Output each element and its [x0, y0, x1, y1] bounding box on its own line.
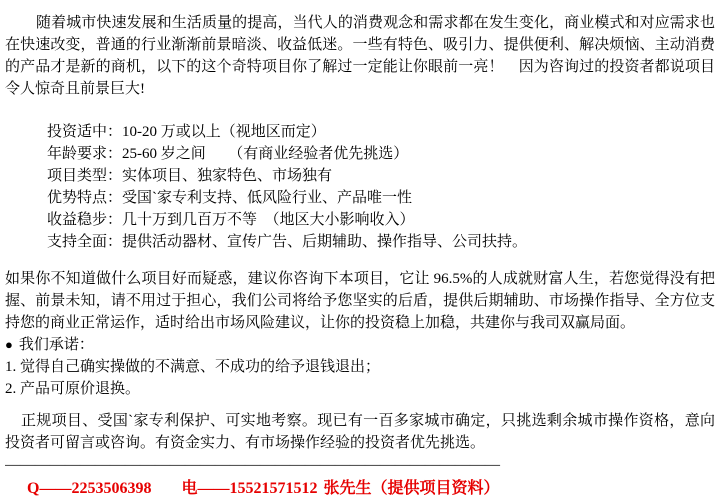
spec-row-advantage: 优势特点：受国`家专利支持、低风险行业、产品唯一性	[47, 187, 715, 209]
bullet-icon: ●	[5, 337, 13, 352]
specs-list: 投资适中：10-20 万或以上（视地区而定） 年龄要求：25-60 岁之间 （有…	[47, 121, 715, 253]
reassurance-paragraph: 如果你不知道做什么项目好而疑惑，建议你咨询下本项目，它让 96.5%的人成就财富…	[5, 268, 715, 334]
contact-note: （提供项目资料）	[371, 480, 499, 497]
intro-paragraph: 随着城市快速发展和生活质量的提高，当代人的消费观念和需求都在发生变化，商业模式和…	[5, 12, 715, 100]
spec-row-income: 收益稳步：几十万到几百万不等 （地区大小影响收入）	[47, 209, 715, 231]
promise-item-exchange: 2. 产品可原价退换。	[5, 378, 715, 400]
closing-paragraph: 正规项目、受国`家专利保护、可实地考察。现已有一百多家城市确定，只挑选剩余城市操…	[5, 410, 715, 454]
contact-person: 张先生	[323, 480, 371, 497]
promise-item-refund: 1. 觉得自己确实操做的不满意、不成功的给予退钱退出；	[5, 356, 715, 378]
divider-line: —————————————————————————————————	[5, 454, 715, 476]
promise-heading-label: 我们承诺：	[19, 337, 94, 353]
document-page: 随着城市快速发展和生活质量的提高，当代人的消费观念和需求都在发生变化，商业模式和…	[0, 0, 720, 498]
spec-row-age: 年龄要求：25-60 岁之间 （有商业经验者优先挑选）	[47, 143, 715, 165]
spec-row-type: 项目类型：实体项目、独家特色、市场独有	[47, 165, 715, 187]
spec-row-support: 支持全面：提供活动器材、宣传广告、后期辅助、操作指导、公司扶持。	[47, 231, 715, 253]
contact-line: Q——2253506398电——15521571512张先生（提供项目资料）	[5, 478, 715, 498]
spec-row-investment: 投资适中：10-20 万或以上（视地区而定）	[47, 121, 715, 143]
promise-heading: ●我们承诺：	[5, 334, 715, 356]
phone-contact: 电——15521571512	[181, 480, 317, 497]
qq-contact: Q——2253506398	[27, 480, 151, 497]
